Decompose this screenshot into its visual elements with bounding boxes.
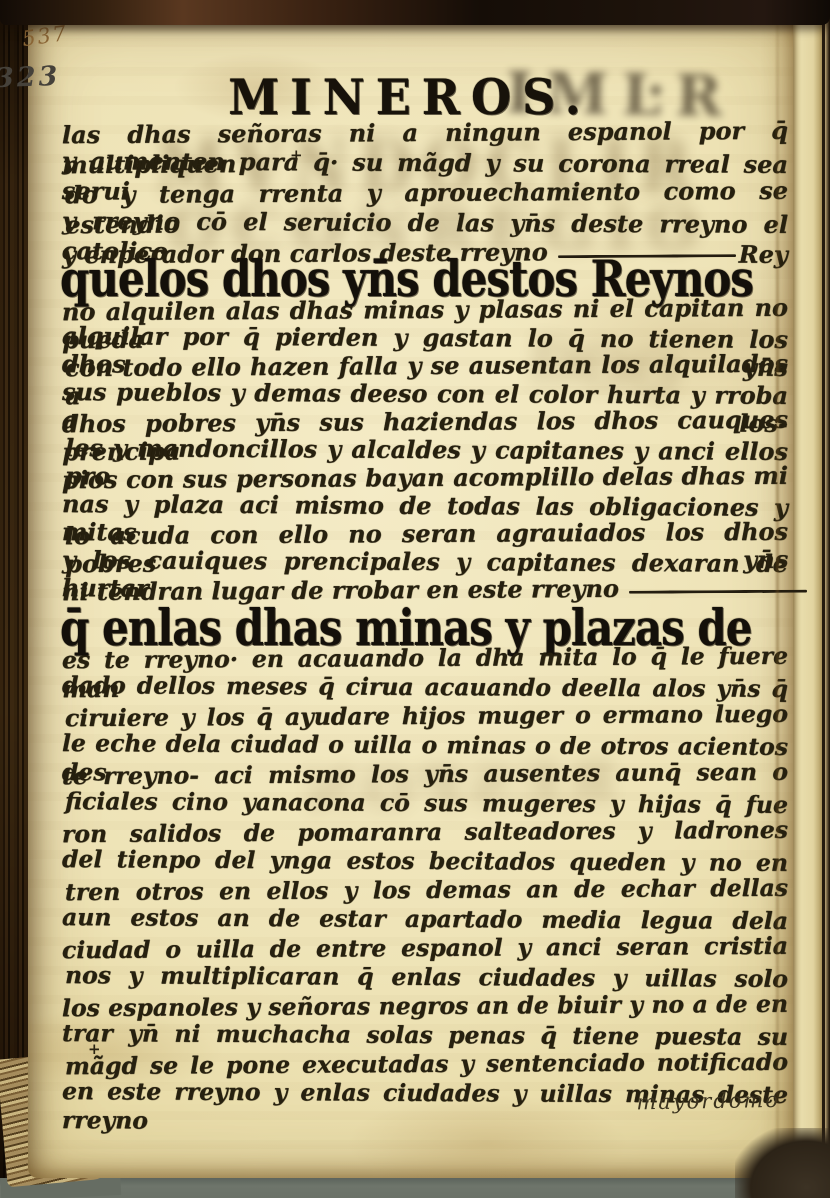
text-line: y rreyno cō el seruicio de las yn̄s dest…	[62, 206, 788, 240]
text-line: y los cauiques prencipales y capitanes d…	[62, 546, 788, 578]
text-line: ron salidos de pomaranra salteadores y l…	[62, 816, 788, 849]
insertion-cross-mark: +	[88, 1040, 101, 1058]
insertion-cross-mark: +	[290, 146, 303, 164]
flourish-line	[629, 590, 807, 594]
text-line: mãgd se le pone executadas y sentenciado…	[62, 1048, 788, 1081]
text-line: y aumenten para q̄· su mãgd y su corona …	[62, 146, 788, 180]
bottom-right-shadow	[735, 1128, 830, 1198]
intro-paragraph: las dhas señoras ni a ningun espanol por…	[62, 118, 788, 268]
text-line: es te rreyno· en acauando la dha mita lo…	[62, 642, 788, 675]
folio-number-side: 323	[0, 61, 61, 94]
text-line: ciudad o uilla de entre espanol y anci s…	[62, 932, 788, 965]
text-line: tren otros en ellos y los demas an de ec…	[62, 874, 788, 907]
section-1-paragraph: no alquilen alas dhas minas y plasas ni …	[62, 296, 788, 604]
underlying-page-edge	[793, 14, 822, 1182]
text-line: las dhas señoras ni a ningun espanol por…	[62, 116, 788, 150]
text-line: los espanoles y señoras negros an de biu…	[62, 990, 788, 1023]
page-crease	[776, 18, 779, 1178]
text-line: aun estos an de estar apartado media leg…	[62, 903, 788, 936]
text-line: le eche dela ciudad o uilla o minas o de…	[62, 729, 788, 762]
text-line: ciruiere y los q̄ ayudare hijos muger o …	[62, 700, 788, 733]
section-2-paragraph: es te rreyno· en acauando la dha mita lo…	[62, 644, 788, 1108]
page-edge-sliver	[825, 0, 830, 1198]
text-line: ficiales cino yanacona cō sus mugeres y …	[62, 787, 788, 820]
text-line: do y tenga rrenta y aprouechamiento como…	[62, 176, 788, 210]
text-line: del tienpo del ynga estos becitados qued…	[62, 845, 788, 878]
text-line: trar yn̄ ni muchacha solas penas q̄ tien…	[62, 1019, 788, 1052]
text-line: te rreyno- aci mismo los yn̄s ausentes a…	[62, 758, 788, 791]
text-line: nos y multiplicaran q̄ enlas ciudades y …	[62, 961, 788, 994]
manuscript-photo: IMĿR MVNDOCLIR OCONREGIO DOQ RESPON 537 …	[0, 0, 830, 1198]
text-line: dado dellos meses q̄ cirua acauando deel…	[62, 671, 788, 704]
table-surface	[0, 1178, 830, 1198]
manuscript-page: IMĿR MVNDOCLIR OCONREGIO DOQ RESPON 537 …	[28, 18, 793, 1178]
folio-number-top: 537	[21, 21, 70, 51]
book-top-edge	[0, 0, 830, 25]
